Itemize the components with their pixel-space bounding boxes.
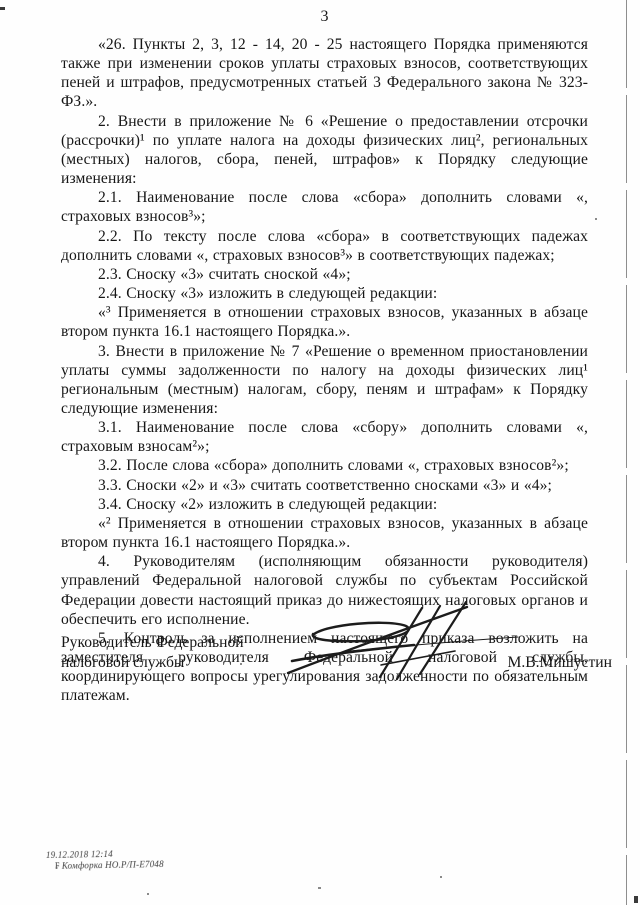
footer-stamp: 19.12.2018 12:14 ₣Комфорка НО.Р/П-Е7048 (46, 848, 164, 871)
page-number: 3 (61, 6, 588, 28)
paragraph: 2.1. Наименование после слова «сбора» до… (61, 188, 588, 226)
paragraph: 3.1. Наименование после слова «сбору» до… (61, 418, 588, 456)
paragraph: «³ Применяется в отношении страховых взн… (61, 303, 588, 341)
signatory-title: Руководитель Федеральной налоговой служб… (61, 633, 244, 672)
stamp-mark-icon: ₣ (55, 860, 60, 871)
paragraph: «² Применяется в отношении страховых взн… (61, 514, 588, 552)
scan-speck (440, 876, 442, 878)
scan-speck (0, 7, 5, 10)
paragraph: 2. Внести в приложение № 6 «Решение о пр… (61, 112, 588, 189)
signatory-title-line2: налоговой службы (61, 653, 244, 673)
paragraph: 2.3. Сноску «3» считать сноской «4»; (61, 265, 588, 284)
signatory-name: М.В.Мишустин (507, 653, 612, 673)
stamp-code: Комфорка НО.Р/П-Е7048 (62, 858, 164, 870)
handwritten-signature-icon (283, 598, 523, 682)
scan-speck (147, 893, 149, 895)
scan-speck (318, 887, 321, 889)
paragraph: 3.2. После слова «сбора» дополнить слова… (61, 456, 588, 475)
scan-edge-line (626, 0, 627, 905)
paragraph: 2.2. По тексту после слова «сбора» в соо… (61, 227, 588, 265)
scan-speck (595, 218, 597, 220)
stamp-code-line: ₣Комфорка НО.Р/П-Е7048 (55, 858, 164, 870)
paragraph: 3.4. Сноску «2» изложить в следующей ред… (61, 495, 588, 514)
paragraph: 3.3. Сноски «2» и «3» считать соответств… (61, 476, 588, 495)
paragraph: «26. Пункты 2, 3, 12 - 14, 20 - 25 насто… (61, 35, 588, 112)
scanned-document-page: 3 «26. Пункты 2, 3, 12 - 14, 20 - 25 нас… (0, 0, 640, 905)
signatory-title-line1: Руководитель Федеральной (61, 633, 244, 653)
scan-speck (634, 896, 638, 903)
paragraph: 3. Внести в приложение № 7 «Решение о вр… (61, 342, 588, 419)
scan-speck (240, 663, 242, 665)
paragraph: 2.4. Сноску «3» изложить в следующей ред… (61, 284, 588, 303)
